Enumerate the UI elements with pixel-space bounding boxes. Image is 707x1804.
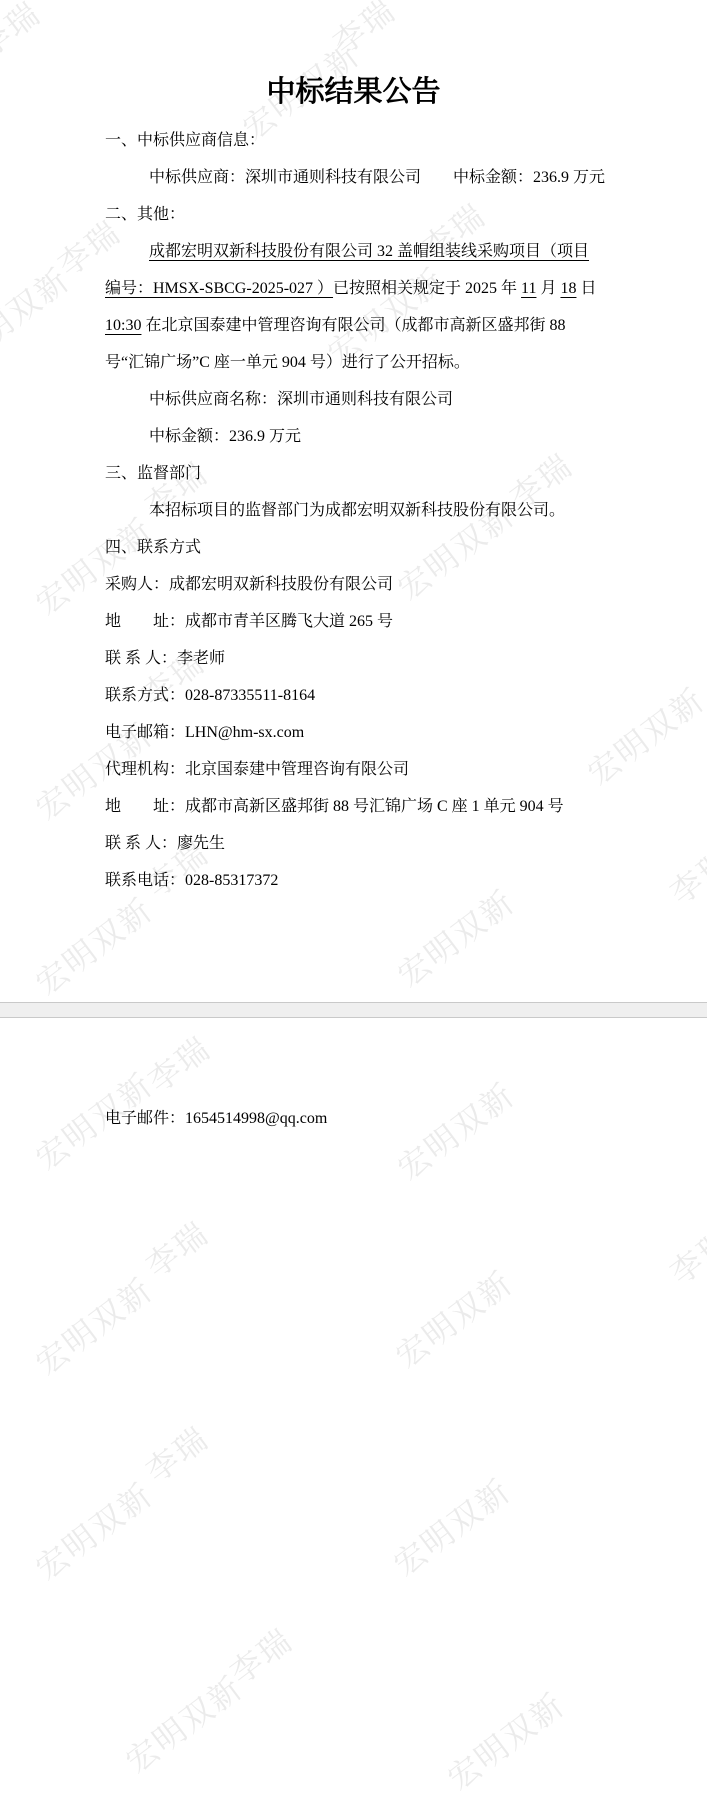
- text-segment: 本招标项目的监督部门为成都宏明双新科技股份有限公司。: [149, 502, 565, 519]
- text-segment: 日: [576, 280, 596, 297]
- text-line-label: 联系方式：028-87335511-8164: [105, 677, 617, 714]
- underlined-text-segment: 18: [560, 280, 576, 297]
- text-line-label: 联 系 人：李老师: [105, 640, 617, 677]
- text-line-indent: 中标金额：236.9 万元: [105, 418, 617, 455]
- text-segment: 二、其他：: [105, 206, 185, 223]
- text-line-label: 联系电话：028-85317372: [105, 862, 617, 899]
- text-line-plain: 编号：HMSX-SBCG-2025-027 ）已按照相关规定于 2025 年 1…: [105, 270, 617, 307]
- text-line-indent: 中标供应商：深圳市通则科技有限公司 中标金额：236.9 万元: [105, 159, 617, 196]
- page-separator: [0, 1002, 707, 1018]
- text-line-heading: 三、监督部门: [105, 455, 617, 492]
- text-segment: 电子邮箱：LHN@hm-sx.com: [105, 724, 304, 741]
- text-line-label: 代理机构：北京国泰建中管理咨询有限公司: [105, 751, 617, 788]
- text-segment: 联系电话：028-85317372: [105, 872, 278, 889]
- page1-body: 一、中标供应商信息：中标供应商：深圳市通则科技有限公司 中标金额：236.9 万…: [0, 122, 707, 899]
- page-2: 电子邮件：1654514998@qq.com: [0, 1018, 707, 1804]
- text-segment: 一、中标供应商信息：: [105, 132, 265, 149]
- page-1: 中标结果公告 一、中标供应商信息：中标供应商：深圳市通则科技有限公司 中标金额：…: [0, 0, 707, 1002]
- document-canvas: 李瑞李瑞宏明双新李瑞李瑞宏明双新宏明双新李瑞李瑞宏明双新宏明双新李瑞宏明双新宏明…: [0, 0, 707, 1804]
- text-segment: 号“汇锦广场”C 座一单元 904 号）进行了公开招标。: [105, 354, 470, 371]
- text-line-indent: 成都宏明双新科技股份有限公司 32 盖帽组装线采购项目（项目: [105, 233, 617, 270]
- text-segment: 地 址：成都市青羊区腾飞大道 265 号: [105, 613, 393, 630]
- text-line-label: 采购人：成都宏明双新科技股份有限公司: [105, 566, 617, 603]
- text-segment: 已按照相关规定于 2025 年: [333, 280, 521, 297]
- text-line-label: 地 址：成都市高新区盛邦街 88 号汇锦广场 C 座 1 单元 904 号: [105, 788, 617, 825]
- underlined-text-segment: 10:30: [105, 317, 141, 334]
- text-line-label: 电子邮箱：LHN@hm-sx.com: [105, 714, 617, 751]
- text-line-label: 电子邮件：1654514998@qq.com: [105, 1100, 617, 1137]
- text-line-plain: 号“汇锦广场”C 座一单元 904 号）进行了公开招标。: [105, 344, 617, 381]
- text-segment: 电子邮件：1654514998@qq.com: [105, 1110, 327, 1127]
- text-segment: 四、联系方式: [105, 539, 201, 556]
- text-line-heading: 一、中标供应商信息：: [105, 122, 617, 159]
- text-segment: 中标金额：236.9 万元: [149, 428, 301, 445]
- text-segment: 采购人：成都宏明双新科技股份有限公司: [105, 576, 393, 593]
- text-line-indent: 中标供应商名称：深圳市通则科技有限公司: [105, 381, 617, 418]
- text-line-label: 地 址：成都市青羊区腾飞大道 265 号: [105, 603, 617, 640]
- text-line-heading: 二、其他：: [105, 196, 617, 233]
- text-segment: 在北京国泰建中管理咨询有限公司（成都市高新区盛邦街 88: [141, 317, 565, 334]
- text-segment: 联 系 人：廖先生: [105, 835, 225, 852]
- underlined-text-segment: 编号：HMSX-SBCG-2025-027 ）: [105, 280, 333, 297]
- text-segment: 联 系 人：李老师: [105, 650, 225, 667]
- text-segment: 中标供应商：深圳市通则科技有限公司 中标金额：236.9 万元: [149, 169, 605, 186]
- text-segment: 三、监督部门: [105, 465, 201, 482]
- underlined-text-segment: 成都宏明双新科技股份有限公司 32 盖帽组装线采购项目（项目: [149, 243, 589, 260]
- text-line-plain: 10:30 在北京国泰建中管理咨询有限公司（成都市高新区盛邦街 88: [105, 307, 617, 344]
- document-title: 中标结果公告: [0, 0, 707, 110]
- page2-body: 电子邮件：1654514998@qq.com: [0, 1018, 707, 1137]
- text-line-heading: 四、联系方式: [105, 529, 617, 566]
- text-segment: 月: [536, 280, 560, 297]
- text-segment: 代理机构：北京国泰建中管理咨询有限公司: [105, 761, 409, 778]
- text-segment: 地 址：成都市高新区盛邦街 88 号汇锦广场 C 座 1 单元 904 号: [105, 798, 564, 815]
- text-line-label: 联 系 人：廖先生: [105, 825, 617, 862]
- text-segment: 联系方式：028-87335511-8164: [105, 687, 315, 704]
- text-segment: 中标供应商名称：深圳市通则科技有限公司: [149, 391, 453, 408]
- underlined-text-segment: 11: [521, 280, 536, 297]
- text-line-indent: 本招标项目的监督部门为成都宏明双新科技股份有限公司。: [105, 492, 617, 529]
